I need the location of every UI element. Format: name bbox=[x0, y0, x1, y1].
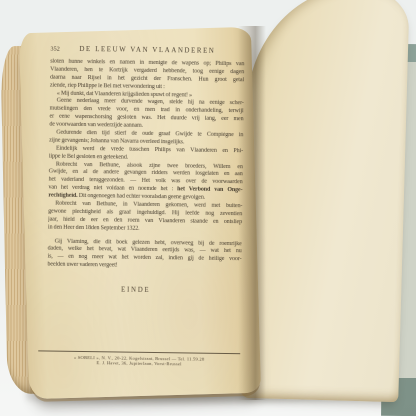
page-header: 352 DE LEEUW VAN VLAANDEREN bbox=[50, 45, 244, 57]
page-number: 352 bbox=[50, 46, 59, 54]
end-label: EINDE bbox=[47, 286, 241, 296]
printed-left-page: 352 DE LEEUW VAN VLAANDEREN sloten hunne… bbox=[19, 27, 261, 399]
running-title: DE LEEUW VAN VLAANDEREN bbox=[50, 45, 244, 57]
printer-footnote: « SOBELI », N. V., 20-22, Kogelstraat, B… bbox=[36, 350, 242, 368]
blank-right-page bbox=[238, 0, 409, 402]
footnote-rule bbox=[38, 350, 240, 354]
page-content: 352 DE LEEUW VAN VLAANDEREN sloten hunne… bbox=[46, 45, 245, 390]
book-photo: 352 DE LEEUW VAN VLAANDEREN sloten hunne… bbox=[0, 0, 416, 416]
body-text: sloten hunne winkels en namen in menigte… bbox=[47, 59, 244, 273]
